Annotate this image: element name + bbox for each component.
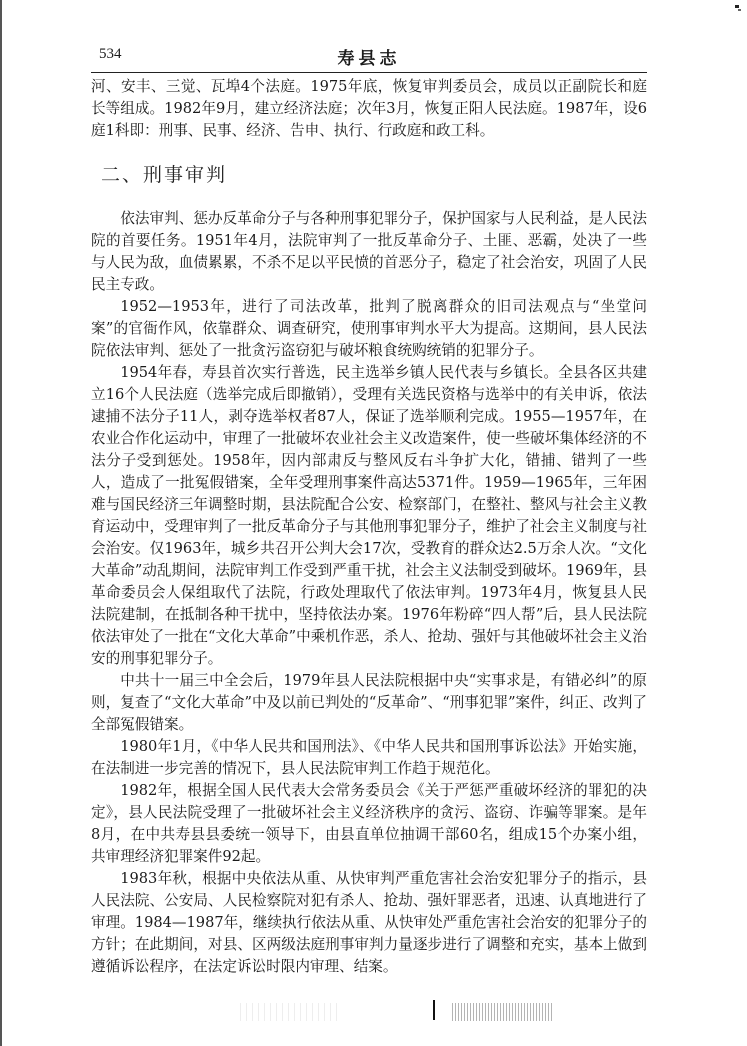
paragraph: 1983年秋，根据中央依法从重、从快审判严重危害社会治安犯罪分子的指示，县人民法… xyxy=(91,868,647,978)
paragraph: 1980年1月，《中华人民共和国刑法》、《中华人民共和国刑事诉讼法》开始实施，在… xyxy=(91,736,647,780)
paragraph: 1952—1953年，进行了司法改革，批判了脱离群众的旧司法观点与“坐堂问案”的… xyxy=(91,296,647,362)
scan-noise xyxy=(240,1003,340,1021)
scan-speck xyxy=(735,5,739,8)
scan-mark xyxy=(433,1000,435,1020)
paragraph: 依法审判、惩办反革命分子与各种刑事犯罪分子，保护国家与人民利益，是人民法院的首要… xyxy=(91,208,647,296)
paragraph: 中共十一届三中全会后，1979年县人民法院根据中央“实事求是，有错必纠”的原则，… xyxy=(91,670,647,736)
running-header: 534 寿县志 xyxy=(91,44,647,73)
scan-left-border xyxy=(0,0,2,1046)
paragraph-continued: 河、安丰、三觉、瓦埠4个法庭。1975年底，恢复审判委员会，成员以正副院长和庭长… xyxy=(91,76,647,142)
scan-speck xyxy=(738,9,741,11)
paragraph: 1954年春，寿县首次实行普选，民主选举乡镇人民代表与乡镇长。全县各区共建立16… xyxy=(91,362,647,670)
book-title: 寿县志 xyxy=(91,44,647,69)
paragraph: 1982年，根据全国人民代表大会常务委员会《关于严惩严重破坏经济的罪犯的决定》，… xyxy=(91,780,647,868)
body-text: 河、安丰、三觉、瓦埠4个法庭。1975年底，恢复审判委员会，成员以正副院长和庭长… xyxy=(91,76,647,978)
scan-noise xyxy=(452,1003,552,1021)
section-heading: 二、刑事审判 xyxy=(101,164,647,186)
